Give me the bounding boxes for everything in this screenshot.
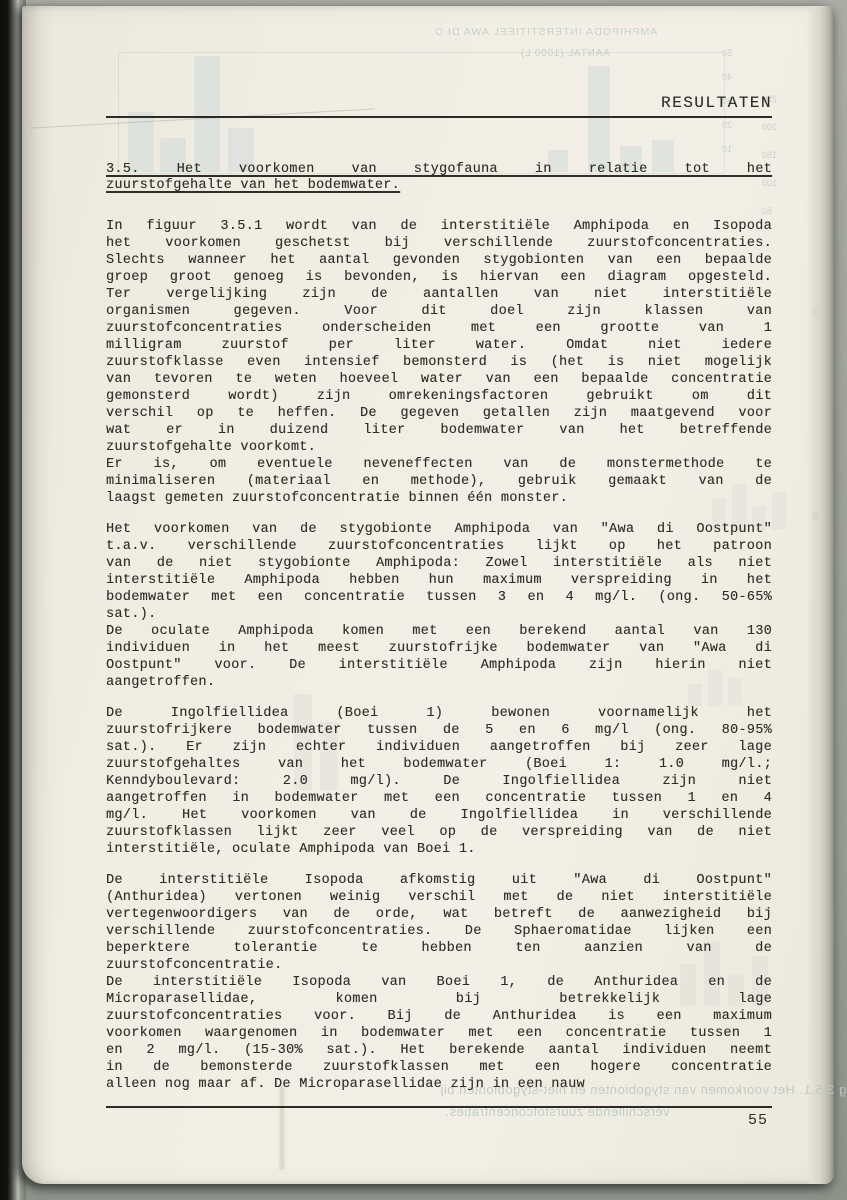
text-line: organismen gegeven. Voor dit doel zijn k…	[106, 303, 772, 320]
text-line: voorkomen waargenomen in bodemwater met …	[106, 1025, 772, 1042]
ghost-chart-title: AMPHIPODA INTERSTITIEEL AWA DI O.	[430, 26, 657, 38]
text-line: Kenndyboulevard: 2.0 mg/l). De Ingolfiel…	[106, 773, 772, 790]
text-line: zuurstofgehaltes van het bodemwater (Boe…	[106, 756, 772, 773]
text-line: zuurstofklassen lijkt zeer veel op de ve…	[106, 824, 772, 841]
text-line: De oculate Amphipoda komen met een berek…	[106, 623, 772, 640]
text-line: zuurstofgehalte voorkomt.	[106, 439, 772, 456]
text-line: Microparasellidae, komen bij betrekkelij…	[106, 991, 772, 1008]
text-line: t.a.v. verschillende zuurstofconcentrati…	[106, 538, 772, 555]
running-header: RESULTATEN	[106, 94, 772, 118]
text-line: sat.). Er zijn echter individuen aangetr…	[106, 739, 772, 756]
text-line: zuurstofrijkere bodemwater tussen de 5 e…	[106, 722, 772, 739]
text-line: beperktere tolerantie te hebben ten aanz…	[106, 940, 772, 957]
text-line: alleen nog maar af. De Microparasellidae…	[106, 1076, 772, 1093]
text-line: individuen in het meest zuurstofrijke bo…	[106, 640, 772, 657]
text-line: Slechts wanneer het aantal gevonden styg…	[106, 252, 772, 269]
ghost-digit: 3	[812, 306, 818, 318]
text-line: (Anthuridea) vertonen weinig verschil me…	[106, 889, 772, 906]
text-line: De interstitiële Isopoda afkomstig uit "…	[106, 872, 772, 889]
section-heading-line: 3.5. Het voorkomen van stygofauna in rel…	[106, 162, 772, 178]
text-line: interstitiële, oculate Amphipoda van Boe…	[106, 841, 772, 858]
text-line: interstitiële Amphipoda hebben hun maxim…	[106, 572, 772, 589]
text-line: het voorkomen geschetst bij verschillend…	[106, 235, 772, 252]
text-line: Het voorkomen van de stygobionte Amphipo…	[106, 521, 772, 538]
text-line: gemonsterd wordt) zijn omrekeningsfactor…	[106, 388, 772, 405]
text-line: groep groot genoeg is bevonden, is hierv…	[106, 269, 772, 286]
text-line: van tevoren te weten hoeveel water van e…	[106, 371, 772, 388]
text-line: aangetroffen.	[106, 674, 772, 691]
paragraph: In figuur 3.5.1 wordt van de interstitië…	[106, 218, 772, 507]
text-line: Ter vergelijking zijn de aantallen van n…	[106, 286, 772, 303]
text-line: De Ingolfiellidea (Boei 1) bewonen voorn…	[106, 705, 772, 722]
body-text: In figuur 3.5.1 wordt van de interstitië…	[106, 218, 772, 1093]
text-line: wat er in duizend liter bodemwater van h…	[106, 422, 772, 439]
text-line: De interstitiële Isopoda van Boei 1, de …	[106, 974, 772, 991]
text-line: zuurstofconcentratie.	[106, 957, 772, 974]
running-header-label: RESULTATEN	[661, 94, 772, 112]
text-line: verschillende zuurstofconcentraties. De …	[106, 923, 772, 940]
text-line: en 2 mg/l. (15-30% sat.). Het berekende …	[106, 1042, 772, 1059]
text-line: Oostpunt" voor. De interstitiële Amphipo…	[106, 657, 772, 674]
text-line: milligram zuurstof per liter water. Omda…	[106, 337, 772, 354]
ghost-bar	[772, 492, 786, 530]
text-line: verschil op te heffen. De gegeven getall…	[106, 405, 772, 422]
paragraph: Het voorkomen van de stygobionte Amphipo…	[106, 521, 772, 691]
ghost-digit: 8	[812, 511, 818, 523]
text-line: bodemwater met een concentratie tussen 3…	[106, 589, 772, 606]
text-line: zuurstofconcentraties onderscheiden met …	[106, 320, 772, 337]
page-number: 55	[106, 1108, 772, 1129]
text-line: van de niet stygobionte Amphipoda: Zowel…	[106, 555, 772, 572]
text-line: vertegenwoordigers van de orde, wat betr…	[106, 906, 772, 923]
text-line: minimaliseren (materiaal en methode), ge…	[106, 473, 772, 490]
section-heading: 3.5. Het voorkomen van stygofauna in rel…	[106, 162, 772, 193]
text-line: In figuur 3.5.1 wordt van de interstitië…	[106, 218, 772, 235]
text-line: aangetroffen in bodemwater met een conce…	[106, 790, 772, 807]
text-line: in de bemonsterde zuurstofklassen met ee…	[106, 1059, 772, 1076]
paragraph: De interstitiële Isopoda afkomstig uit "…	[106, 872, 772, 1093]
text-line: sat.).	[106, 606, 772, 623]
text-line: zuurstofconcentraties voor. Bij de Anthu…	[106, 1008, 772, 1025]
section-heading-line: zuurstofgehalte van het bodemwater.	[106, 178, 772, 194]
text-line: Er is, om eventuele neveneffecten van de…	[106, 456, 772, 473]
text-line: mg/l. Het voorkomen van de Ingolfiellide…	[106, 807, 772, 824]
page-footer: 55	[106, 1106, 772, 1129]
scanned-book-photo: { "header": { "label": "RESULTATEN" }, "…	[0, 0, 847, 1200]
document-page: AMPHIPODA INTERSTITIEEL AWA DI O. AANTAL…	[22, 6, 834, 1184]
page-content: RESULTATEN 3.5. Het voorkomen van stygof…	[106, 94, 772, 1093]
text-line: laagst gemeten zuurstofconcentratie binn…	[106, 490, 772, 507]
text-line: zuurstofklasse even intensief bemonsterd…	[106, 354, 772, 371]
paragraph: De Ingolfiellidea (Boei 1) bewonen voorn…	[106, 705, 772, 858]
